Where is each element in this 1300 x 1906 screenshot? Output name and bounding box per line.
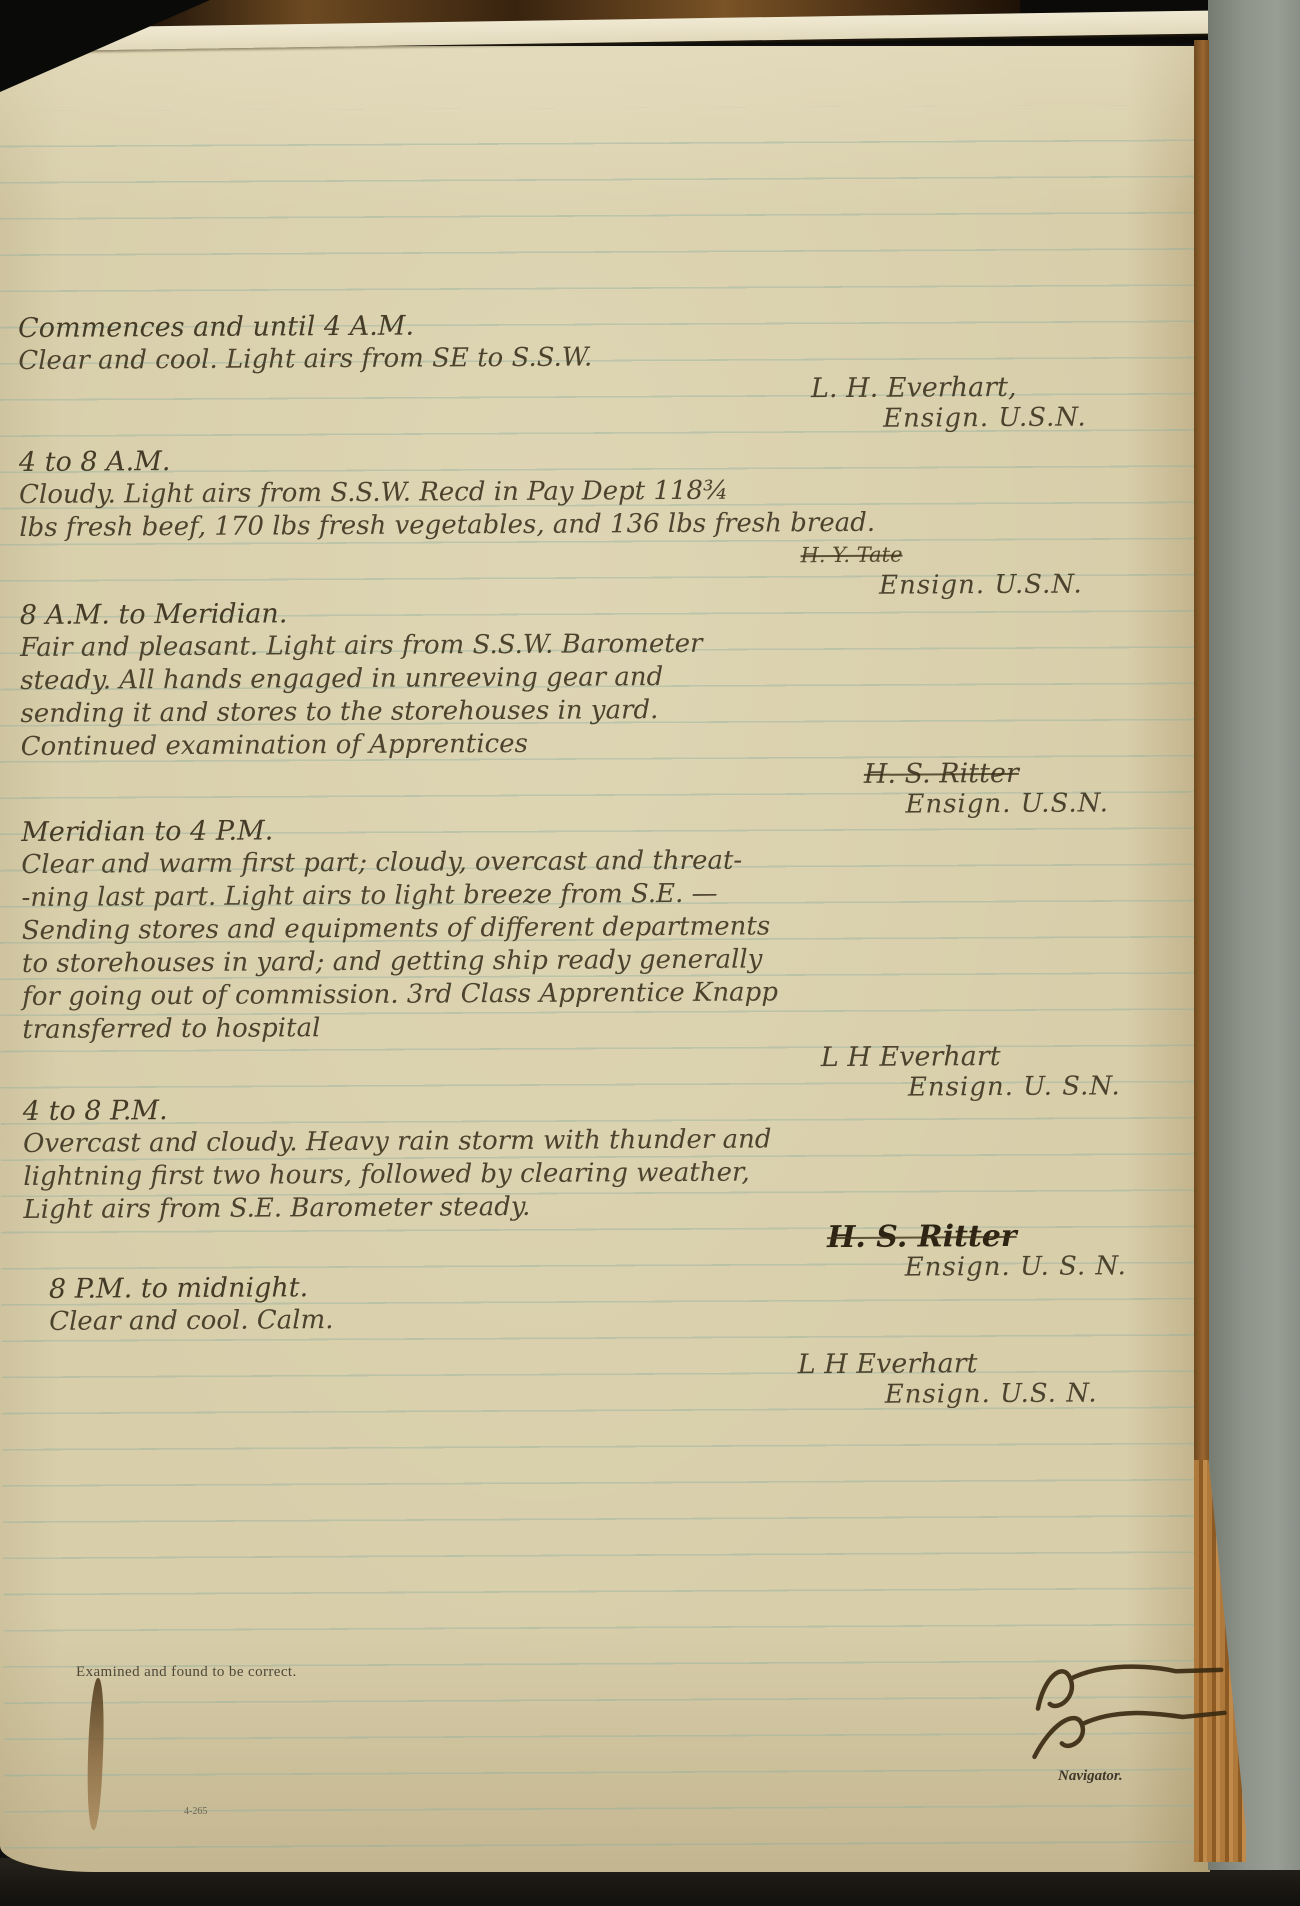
navigator-label: Navigator. [1058, 1768, 1123, 1785]
signature-name: H. S. Ritter [24, 1221, 1017, 1258]
logbook-photo: under the command of Commander C. F. Goo… [0, 0, 1300, 1906]
log-line: Clear and cool. Calm. [49, 1299, 1182, 1339]
examined-statement: Examined and found to be correct. [76, 1664, 297, 1681]
log-entries: Commences and until 4 A.M. Clear and coo… [18, 305, 1183, 1416]
signature-rank: Ensign. U.S. N. [50, 1378, 1098, 1415]
entry-8pm-to-midnight: 8 P.M. to midnight. Clear and cool. Calm… [24, 1266, 1183, 1416]
signature-rank: Ensign. U.S.N. [19, 402, 1087, 440]
entry-meridian-to-4pm: Meridian to 4 P.M. Clear and warm first … [21, 809, 1181, 1109]
signature-block: L H Everhart Ensign. U.S. N. [49, 1347, 1097, 1415]
signature-block: L. H. Everhart, Ensign. U.S.N. [18, 371, 1086, 440]
entry-8am-to-meridian: 8 A.M. to Meridian. Fair and pleasant. L… [20, 592, 1179, 826]
entry-4-to-8am: 4 to 8 A.M. Cloudy. Light airs from S.S.… [19, 439, 1178, 607]
signature-name: L. H. Everhart, [18, 372, 1016, 409]
entry-midnight-to-4am: Commences and until 4 A.M. Clear and coo… [18, 305, 1177, 440]
background-right [1208, 0, 1300, 1870]
signature-name: L H Everhart [22, 1041, 1000, 1078]
entry-4-to-8pm: 4 to 8 P.M. Overcast and cloudy. Heavy r… [23, 1088, 1182, 1289]
form-number: 4-265 [184, 1806, 207, 1817]
signature-name: H. S. Ritter [21, 758, 1019, 795]
navigator-signature [1017, 1643, 1233, 1772]
signature-name: L H Everhart [49, 1348, 977, 1385]
